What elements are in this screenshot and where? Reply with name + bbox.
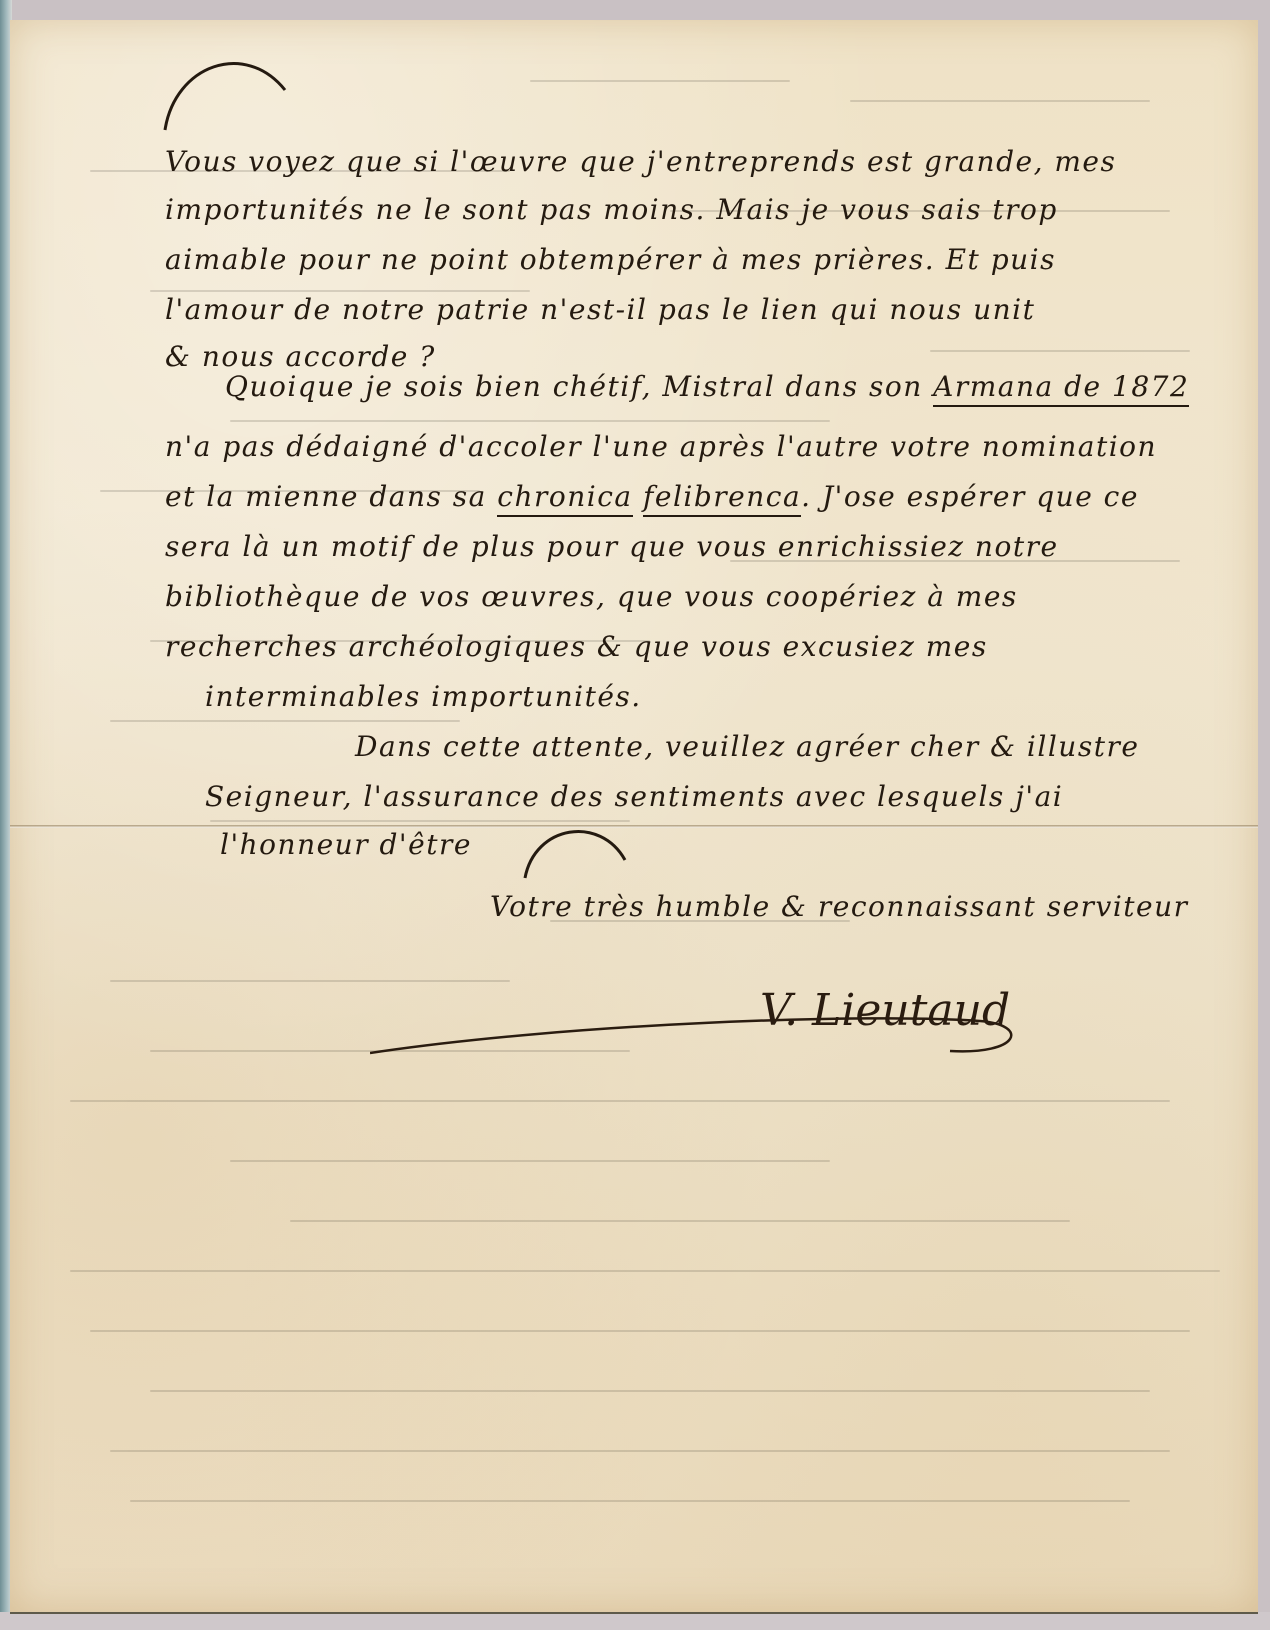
closing-formula: Votre très humble & reconnaissant servit… [490,890,1189,923]
underlined-title-armana: Armana de 1872 [933,370,1189,407]
letter-line: l'honneur d'être [220,828,472,861]
letter-line: Seigneur, l'assurance des sentiments ave… [205,780,1063,813]
letter-line: l'amour de notre patrie n'est-il pas le … [165,293,1035,326]
line-text: . J'ose espérer que ce [801,480,1139,513]
letter-line: Quoique je sois bien chétif, Mistral dan… [225,370,1189,403]
letter-line: Vous voyez que si l'œuvre que j'entrepre… [165,145,1116,178]
line-text: et la mienne dans sa [165,480,497,513]
letter-line: sera là un motif de plus pour que vous e… [165,530,1059,563]
signature-flourish [370,1015,1030,1055]
letter-line: n'a pas dédaigné d'accoler l'une après l… [165,430,1157,463]
closing-v-flourish [520,820,630,880]
letter-line: importunités ne le sont pas moins. Mais … [165,193,1058,226]
underlined-word-chronica: chronica [497,480,632,517]
letter-line: interminables importunités. [205,680,642,713]
letter-line: recherches archéologiques & que vous exc… [165,630,988,663]
letter-line: aimable pour ne point obtempérer à mes p… [165,243,1056,276]
line-text: Quoique je sois bien chétif, Mistral dan… [225,370,933,403]
letter-line: Dans cette attente, veuillez agréer cher… [355,730,1139,763]
fold-crease [10,825,1258,828]
letter-line: & nous accorde ? [165,340,436,373]
line-text [633,480,643,513]
letter-line: et la mienne dans sa chronica felibrenca… [165,480,1139,513]
capital-v-flourish [155,45,295,135]
scanner-background-bottom [0,1612,1270,1630]
underlined-word-felibrenca: felibrenca [643,480,801,517]
letter-line: bibliothèque de vos œuvres, que vous coo… [165,580,1018,613]
